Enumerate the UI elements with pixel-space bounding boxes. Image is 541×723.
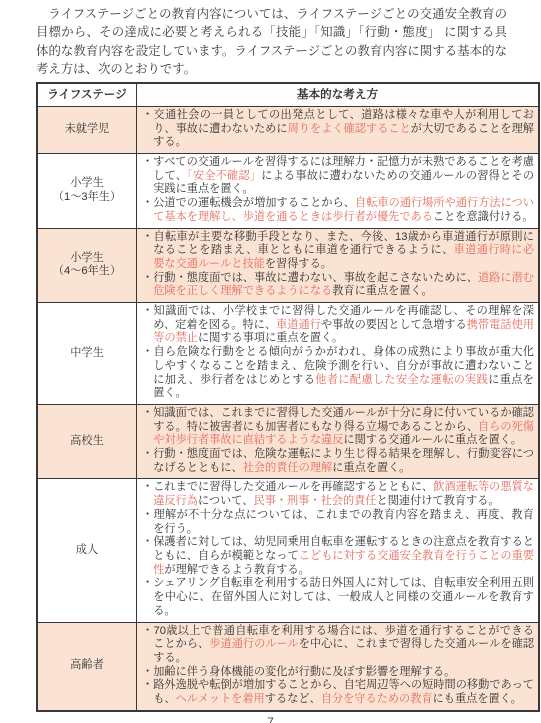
body-text: するなど、 <box>265 693 321 705</box>
basic-policy-cell: ・自転車が主要な移動手段となり、また、今後、13歳から車道通行が原則になることを… <box>137 228 540 303</box>
life-stage-label: 小学生 <box>39 177 135 191</box>
bullet-item: ・自ら危険な行動をとる傾向がうかがわれ、身体の成熟により事故が重大化しやすくなる… <box>142 346 534 401</box>
bullet-item: ・行動・態度面では、事故に遭わない、事故を起こさないために、道路に潜む危険を正し… <box>142 272 534 299</box>
bullet-marker: ・ <box>142 536 153 548</box>
bullet-item: ・自転車が主要な移動手段となり、また、今後、13歳から車道通行が原則になることを… <box>142 231 534 272</box>
life-stage-label: （4～6年生） <box>39 265 135 279</box>
body-text: 理解が不十分な点については、これまでの教育内容を踏まえ、再度、教育を行う。 <box>153 509 534 535</box>
life-stage-education-table: ライフステージ 基本的な考え方 未就学児・交通社会の一員としての出発点として、道… <box>36 82 540 712</box>
bullet-item: ・知識面では、小学校までに習得した交通ルールを再確認し、その理解を深め、定着を図… <box>142 305 534 346</box>
life-stage-cell: 成人 <box>37 479 137 622</box>
body-text: 教育に重点を置く。 <box>332 285 432 297</box>
body-text: 行動・態度面では、事故に遭わない、事故を起こさないために、 <box>153 272 478 284</box>
emphasized-text: 自分を守るための教育 <box>321 693 433 705</box>
life-stage-label: 未就学児 <box>39 123 135 137</box>
bullet-marker: ・ <box>142 448 153 460</box>
emphasized-text: 歩道通行のルール <box>209 638 299 650</box>
body-text: と関連付けて教育する。 <box>377 495 500 507</box>
life-stage-cell: 高齢者 <box>37 622 137 711</box>
bullet-marker: ・ <box>142 156 153 168</box>
bullet-marker: ・ <box>142 577 153 589</box>
bullet-item: ・70歳以上で普通自転車を利用する場合には、歩道を通行することができることから、… <box>142 625 534 666</box>
emphasized-text: 社会的責任の理解 <box>243 462 333 474</box>
bullet-item: ・すべての交通ルールを習得するには理解力・記憶力が未熟であることを考慮して、「安… <box>142 156 534 197</box>
header-life-stage: ライフステージ <box>37 83 137 106</box>
body-text: を習得する。 <box>265 258 332 270</box>
table-row: 成人・これまでに習得した交通ルールを再確認するとともに、飲酒運転等の悪質な違反行… <box>37 479 539 622</box>
bullet-item: ・加齢に伴う身体機能の変化が行動に及ぼす影響を理解する。 <box>142 666 534 680</box>
bullet-marker: ・ <box>142 109 154 121</box>
header-basic-policy: 基本的な考え方 <box>137 83 540 106</box>
life-stage-label: 中学生 <box>39 347 135 361</box>
body-text: 知識面では、これまでに習得した交通ルールが十分に身に付いているか確認する。特に被… <box>153 407 534 433</box>
bullet-item: ・路外逸脱や転倒が増加することから、自宅周辺等への短時間の移動であっても、ヘルメ… <box>142 679 534 706</box>
emphasized-text: ヘルメットを着用 <box>176 693 265 705</box>
body-text: これまでに習得した交通ルールを再確認するとともに、 <box>153 481 433 493</box>
bullet-marker: ・ <box>142 481 153 493</box>
body-text: が理解できるよう教育する。 <box>164 564 309 576</box>
bullet-item: ・行動・態度面では、危険な運転により生じ得る結果を理解し、行動変容につなげるとと… <box>142 448 534 475</box>
emphasized-text: 他者に配慮した安全な運転の実践 <box>315 374 488 386</box>
bullet-item: ・これまでに習得した交通ルールを再確認するとともに、飲酒運転等の悪質な違反行為に… <box>142 481 534 508</box>
table-row: 小学生（4～6年生）・自転車が主要な移動手段となり、また、今後、13歳から車道通… <box>37 228 539 303</box>
life-stage-cell: 未就学児 <box>37 106 137 153</box>
body-text: 公道での運転機会が増加することから、 <box>153 197 355 209</box>
body-text: 加齢に伴う身体機能の変化が行動に及ぼす影響を理解する。 <box>153 666 455 678</box>
bullet-marker: ・ <box>142 197 153 209</box>
emphasized-text: 民事・刑事・社会的責任 <box>253 495 376 507</box>
life-stage-label: （1～3年生） <box>39 191 135 205</box>
bullet-item: ・理解が不十分な点については、これまでの教育内容を踏まえ、再度、教育を行う。 <box>142 509 534 536</box>
emphasized-text: 車道通行 <box>276 319 321 331</box>
bullet-marker: ・ <box>142 231 154 243</box>
bullet-marker: ・ <box>142 305 154 317</box>
bullet-item: ・公道での運転機会が増加することから、自転車の通行場所や通行方法について基本を理… <box>142 197 534 224</box>
bullet-marker: ・ <box>142 272 153 284</box>
table-row: 小学生（1～3年生）・すべての交通ルールを習得するには理解力・記憶力が未熟である… <box>37 154 539 229</box>
emphasized-text: 「安全不確認」 <box>187 170 261 182</box>
bullet-marker: ・ <box>142 346 154 358</box>
table-header-row: ライフステージ 基本的な考え方 <box>37 83 539 106</box>
body-text: にも重点を置く。 <box>433 693 522 705</box>
life-stage-label: 高校生 <box>39 435 135 449</box>
body-text: シェアリング自転車を利用する訪日外国人に対しては、自転車安全利用五則を中心に、在… <box>153 577 534 616</box>
bullet-marker: ・ <box>142 679 153 691</box>
page-number: 7 <box>0 715 541 723</box>
bullet-marker: ・ <box>142 407 153 419</box>
bullet-item: ・保護者に対しては、幼児同乗用自転車を運転するときの注意点を教育するとともに、自… <box>142 536 534 577</box>
table-row: 未就学児・交通社会の一員としての出発点として、道路は様々な車や人が利用しており、… <box>37 106 539 153</box>
bullet-marker: ・ <box>142 625 154 637</box>
body-text: に関する交通ルールに重点を置く。 <box>343 434 522 446</box>
basic-policy-cell: ・これまでに習得した交通ルールを再確認するとともに、飲酒運転等の悪質な違反行為に… <box>137 479 540 622</box>
basic-policy-cell: ・知識面では、小学校までに習得した交通ルールを再確認し、その理解を深め、定着を図… <box>137 303 540 405</box>
bullet-item: ・シェアリング自転車を利用する訪日外国人に対しては、自転車安全利用五則を中心に、… <box>142 577 534 618</box>
bullet-item: ・知識面では、これまでに習得した交通ルールが十分に身に付いているか確認する。特に… <box>142 407 534 448</box>
life-stage-label: 小学生 <box>39 252 135 266</box>
basic-policy-cell: ・知識面では、これまでに習得した交通ルールが十分に身に付いているか確認する。特に… <box>137 404 540 479</box>
table-body: 未就学児・交通社会の一員としての出発点として、道路は様々な車や人が利用しており、… <box>37 106 539 710</box>
body-text: や事故の要因として急増する <box>321 319 467 331</box>
body-text: ことを意識付ける。 <box>433 211 534 223</box>
life-stage-cell: 小学生（4～6年生） <box>37 228 137 303</box>
basic-policy-cell: ・すべての交通ルールを習得するには理解力・記憶力が未熟であることを考慮して、「安… <box>137 154 540 229</box>
basic-policy-cell: ・70歳以上で普通自転車を利用する場合には、歩道を通行することができることから、… <box>137 622 540 711</box>
table-row: 中学生・知識面では、小学校までに習得した交通ルールを再確認し、その理解を深め、定… <box>37 303 539 405</box>
life-stage-cell: 高校生 <box>37 404 137 479</box>
body-text: について、 <box>198 495 254 507</box>
body-text: に重点を置く。 <box>332 462 410 474</box>
table-row: 高齢者・70歳以上で普通自転車を利用する場合には、歩道を通行することができること… <box>37 622 539 711</box>
basic-policy-cell: ・交通社会の一員としての出発点として、道路は様々な車や人が利用しており、事故に遭… <box>137 106 540 153</box>
life-stage-label: 高齢者 <box>39 659 135 673</box>
intro-paragraph: ライフステージごとの教育内容については、ライフステージごとの交通安全教育の目標か… <box>36 5 507 78</box>
bullet-item: ・交通社会の一員としての出発点として、道路は様々な車や人が利用しており、事故に遭… <box>142 109 534 150</box>
life-stage-cell: 小学生（1～3年生） <box>37 154 137 229</box>
emphasized-text: 周りをよく確認すること <box>288 123 411 135</box>
bullet-marker: ・ <box>142 666 153 678</box>
life-stage-cell: 中学生 <box>37 303 137 405</box>
life-stage-label: 成人 <box>39 544 135 558</box>
table-row: 高校生・知識面では、これまでに習得した交通ルールが十分に身に付いているか確認する… <box>37 404 539 479</box>
bullet-marker: ・ <box>142 509 154 521</box>
document-page: ライフステージごとの教育内容については、ライフステージごとの交通安全教育の目標か… <box>0 0 541 712</box>
body-text: に関する事項に重点を置く。 <box>198 332 343 344</box>
